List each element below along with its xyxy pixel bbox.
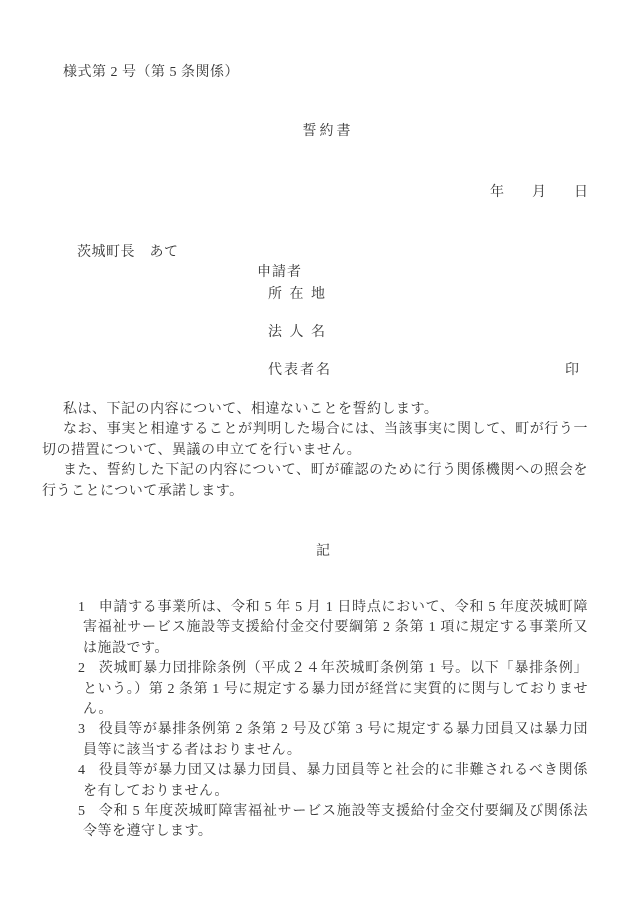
pledge-item-3: 3役員等が暴排条例第 2 条第 2 号及び第 3 号に規定する暴力団員又は暴力団… bbox=[83, 720, 588, 761]
year-label: 年 bbox=[490, 185, 504, 200]
field-representative-row: 代表者名 印 bbox=[268, 361, 581, 381]
day-label: 日 bbox=[574, 185, 588, 200]
month-label: 月 bbox=[532, 185, 546, 200]
addressee: 茨城町長 あて bbox=[77, 243, 179, 263]
document-title: 誓約書 bbox=[0, 122, 630, 142]
pledge-paragraph-1: 私は、下記の内容について、相違ないことを誓約します。 bbox=[42, 400, 588, 420]
seal-mark: 印 bbox=[565, 361, 581, 381]
pledge-item-5: 5令和 5 年度茨城町障害福祉サービス施設等支援給付金交付要綱及び関係法令等を遵… bbox=[83, 802, 588, 843]
field-representative-label: 代表者名 bbox=[268, 361, 332, 381]
item-number: 3 bbox=[78, 722, 86, 737]
date-line: 年月日 bbox=[490, 183, 588, 203]
item-number: 4 bbox=[78, 763, 86, 778]
pledge-item-2: 2茨城町暴力団排除条例（平成２４年茨城町条例第 1 号。以下「暴排条例」という。… bbox=[83, 659, 588, 720]
item-text: 役員等が暴力団又は暴力団員、暴力団員等と社会的に非難されるべき関係を有しておりま… bbox=[83, 763, 588, 798]
item-text: 役員等が暴排条例第 2 条第 2 号及び第 3 号に規定する暴力団員又は暴力団員… bbox=[83, 722, 588, 757]
pledge-item-4: 4役員等が暴力団又は暴力団員、暴力団員等と社会的に非難されるべき関係を有しており… bbox=[83, 761, 588, 802]
pledge-item-1: 1申請する事業所は、令和 5 年 5 月 1 日時点において、令和 5 年度茨城… bbox=[83, 598, 588, 659]
field-corporate-name-label: 法 人 名 bbox=[268, 323, 327, 343]
pledge-paragraphs: 私は、下記の内容について、相違ないことを誓約します。 なお、事実と相違することが… bbox=[42, 400, 588, 502]
item-number: 5 bbox=[78, 804, 86, 819]
item-number: 1 bbox=[78, 600, 86, 615]
pledge-paragraph-3: また、誓約した下記の内容について、町が確認のために行う関係機関への照会を行うこと… bbox=[42, 461, 588, 502]
form-number: 様式第 2 号（第 5 条関係） bbox=[63, 63, 239, 83]
list-heading: 記 bbox=[0, 542, 630, 562]
pledge-paragraph-2: なお、事実と相違することが判明した場合には、当該事実に関して、町が行う一切の措置… bbox=[42, 420, 588, 461]
applicant-heading: 申請者 bbox=[257, 263, 302, 283]
item-text: 茨城町暴力団排除条例（平成２４年茨城町条例第 1 号。以下「暴排条例」という。）… bbox=[83, 661, 588, 717]
item-number: 2 bbox=[78, 661, 86, 676]
document-page: 様式第 2 号（第 5 条関係） 誓約書 年月日 茨城町長 あて 申請者 所 在… bbox=[0, 0, 630, 903]
field-address-label: 所 在 地 bbox=[268, 285, 327, 305]
item-text: 申請する事業所は、令和 5 年 5 月 1 日時点において、令和 5 年度茨城町… bbox=[83, 600, 588, 656]
pledge-item-list: 1申請する事業所は、令和 5 年 5 月 1 日時点において、令和 5 年度茨城… bbox=[83, 598, 588, 843]
item-text: 令和 5 年度茨城町障害福祉サービス施設等支援給付金交付要綱及び関係法令等を遵守… bbox=[83, 804, 588, 839]
